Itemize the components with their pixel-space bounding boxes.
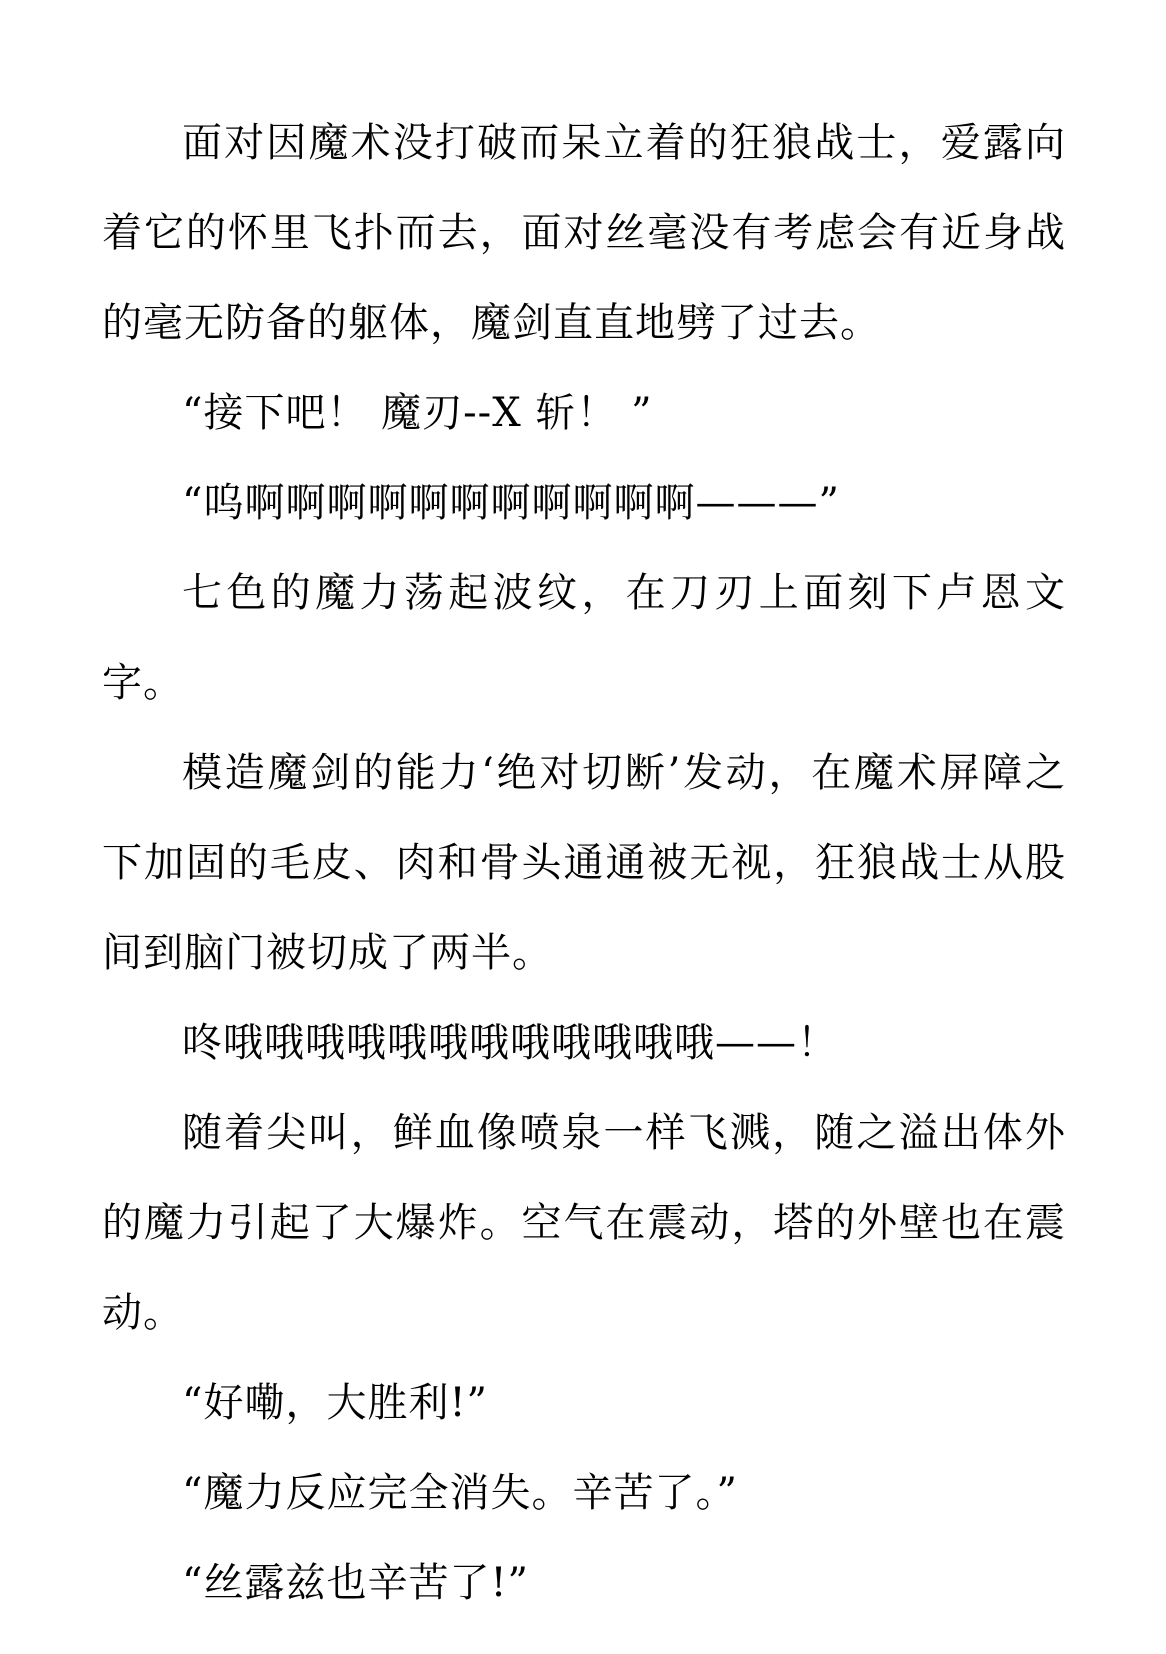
paragraph-narration-1: 面对因魔术没打破而呆立着的狂狼战士，爱露向着它的怀里飞扑而去，面对丝毫没有考虑会… [102,98,1066,368]
paragraph-dialogue-4: “魔力反应完全消失。辛苦了。” [102,1448,1066,1538]
paragraph-dialogue-1: “接下吧！ 魔刃--X 斩！ ” [102,368,1066,458]
text-content: 面对因魔术没打破而呆立着的狂狼战士，爱露向着它的怀里飞扑而去，面对丝毫没有考虑会… [102,98,1066,1628]
paragraph-dialogue-5: “丝露兹也辛苦了!” [102,1538,1066,1628]
novel-page: 面对因魔术没打破而呆立着的狂狼战士，爱露向着它的怀里飞扑而去，面对丝毫没有考虑会… [0,0,1166,1654]
paragraph-narration-4: 随着尖叫，鲜血像喷泉一样飞溅，随之溢出体外的魔力引起了大爆炸。空气在震动，塔的外… [102,1088,1066,1358]
paragraph-narration-3: 模造魔剑的能力‘绝对切断’发动，在魔术屏障之下加固的毛皮、肉和骨头通通被无视，狂… [102,728,1066,998]
paragraph-sfx: 咚哦哦哦哦哦哦哦哦哦哦哦哦——！ [102,998,1066,1088]
paragraph-dialogue-3: “好嘞，大胜利!” [102,1358,1066,1448]
paragraph-dialogue-2: “呜啊啊啊啊啊啊啊啊啊啊啊———” [102,458,1066,548]
paragraph-narration-2: 七色的魔力荡起波纹，在刀刃上面刻下卢恩文字。 [102,548,1066,728]
